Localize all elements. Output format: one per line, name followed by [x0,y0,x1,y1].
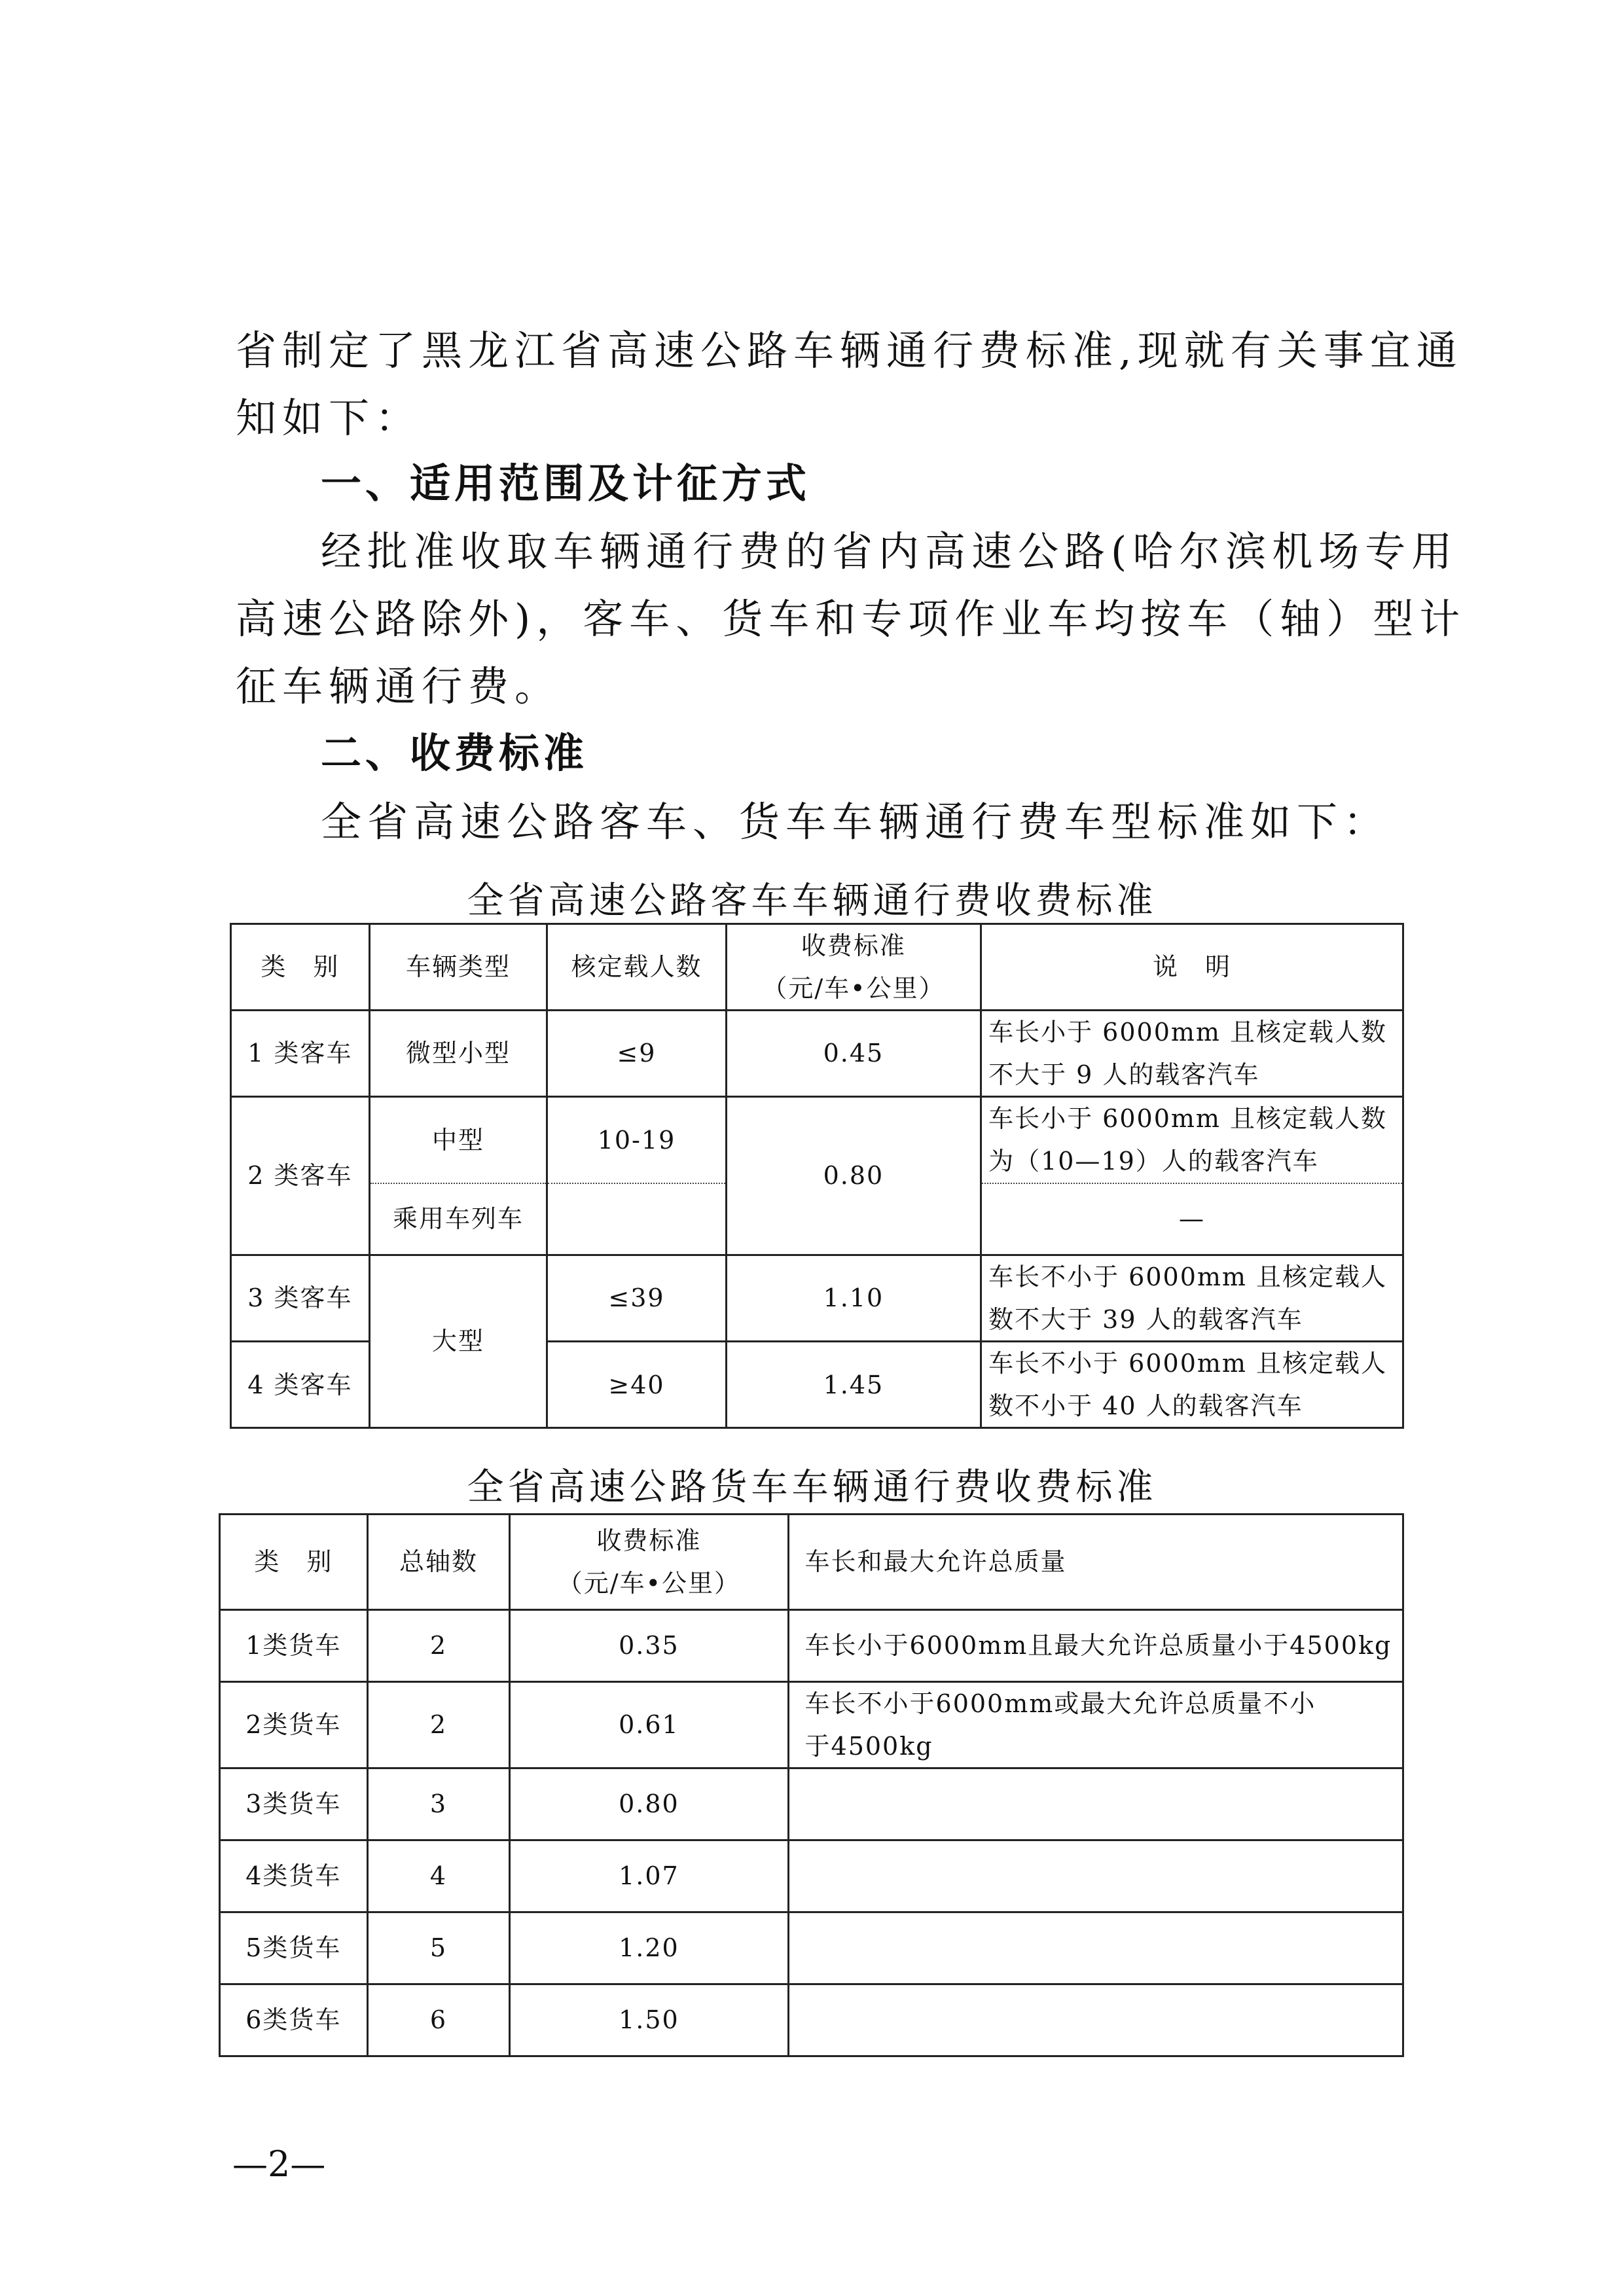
table-header-row: 类 别 总轴数 收费标准（元/车•公里） 车长和最大允许总质量 [220,1515,1403,1610]
table-row: 1 类客车 微型小型 ≤9 0.45 车长小于 6000mm 且核定载人数不大于… [231,1011,1403,1097]
table-row: 5类货车 5 1.20 [220,1912,1403,1984]
passenger-fee-table: 类 别 车辆类型 核定载人数 收费标准（元/车•公里） 说 明 1 类客车 微型… [230,923,1404,1429]
header-rate: 收费标准（元/车•公里） [726,924,981,1011]
passenger-table-caption: 全省高速公路客车车辆通行费收费标准 [0,872,1624,924]
table-row: 4类货车 4 1.07 [220,1840,1403,1912]
truck-fee-table: 类 别 总轴数 收费标准（元/车•公里） 车长和最大允许总质量 1类货车 2 0… [219,1513,1404,2057]
paragraph-intro-line2: 知如下： [236,398,1401,439]
section-heading-fees: 二、收费标准 [321,733,1486,774]
header-seats: 核定载人数 [547,924,727,1011]
header-note: 说 明 [981,924,1403,1011]
table-row: 6类货车 6 1.50 [220,1984,1403,2056]
table-row: 3 类客车 大型 ≤39 1.10 车长不小于 6000mm 且核定载人数不大于… [231,1255,1403,1342]
table-row: 2类货车 2 0.61 车长不小于6000mm或最大允许总质量不小于4500kg [220,1682,1403,1768]
table-row: 3类货车 3 0.80 [220,1768,1403,1840]
table-header-row: 类 别 车辆类型 核定载人数 收费标准（元/车•公里） 说 明 [231,924,1403,1011]
paragraph-scope-line1: 经批准收取车辆通行费的省内高速公路(哈尔滨机场专用 [321,531,1486,572]
paragraph-fees-intro: 全省高速公路客车、货车车辆通行费车型标准如下： [321,802,1486,842]
paragraph-scope-line2: 高速公路除外)，客车、货车和专项作业车均按车（轴）型计 [236,599,1401,639]
table-row: 1类货车 2 0.35 车长小于6000mm且最大允许总质量小于4500kg [220,1610,1403,1682]
header-class: 类 别 [231,924,370,1011]
header-vehicle-type: 车辆类型 [369,924,547,1011]
table-row: 2 类客车 中型 10-19 0.80 车长小于 6000mm 且核定载人数为（… [231,1097,1403,1183]
truck-table-caption: 全省高速公路货车车辆通行费收费标准 [0,1458,1624,1511]
paragraph-intro-line1: 省制定了黑龙江省高速公路车辆通行费标准,现就有关事宜通 [236,331,1401,371]
section-heading-scope: 一、适用范围及计征方式 [321,463,1486,504]
paragraph-scope-line3: 征车辆通行费。 [236,666,1401,707]
page-number: —2— [232,2144,325,2185]
